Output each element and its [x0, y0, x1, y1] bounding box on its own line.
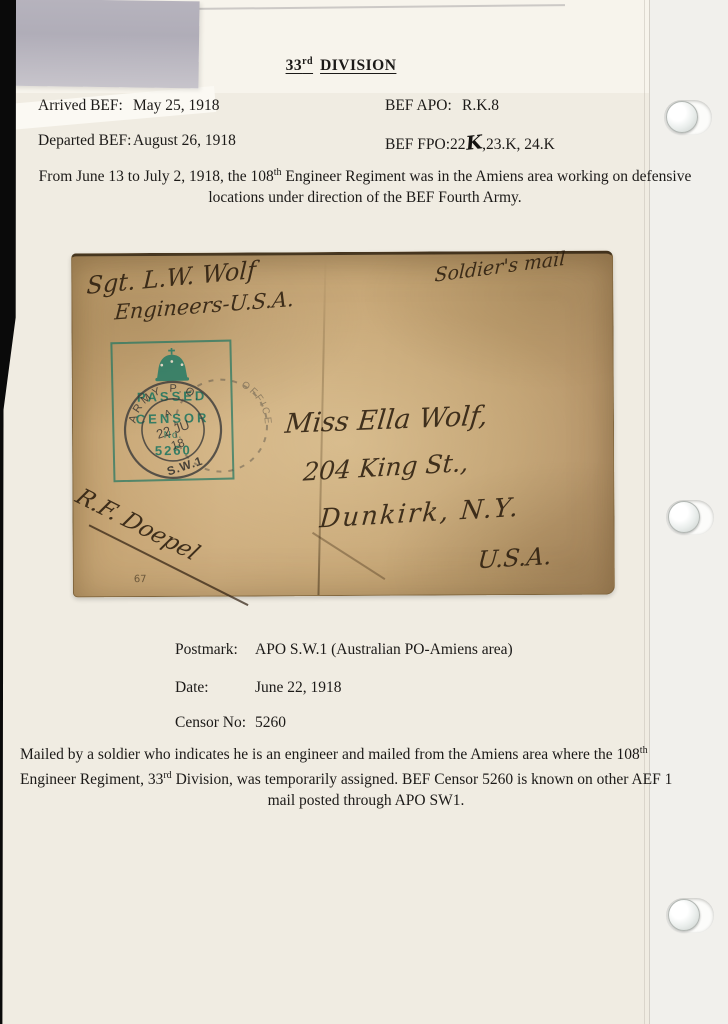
left-binder-shadow — [0, 0, 16, 1024]
punch-hole-ring — [668, 501, 700, 533]
punch-hole — [666, 500, 714, 535]
postmark-icon: ARMY P.O. A 22 JU 18 S.W.1 OFFICE — [93, 351, 284, 502]
soldiers-mail-handwriting: Soldier's mail — [434, 248, 566, 287]
punch-hole — [666, 898, 714, 933]
postmark-swl: S.W.1 — [165, 454, 205, 479]
summary-line2-text: Engineer Regiment, 33 — [20, 771, 163, 788]
apo-value: R.K.8 — [462, 97, 499, 115]
summary-line2: Engineer Regiment, 33rd Division, was te… — [20, 765, 712, 790]
fpo-label: BEF FPO: — [385, 136, 450, 153]
summary-paragraph: Mailed by a soldier who indicates he is … — [20, 740, 712, 811]
caption-date-label: Date: — [175, 679, 209, 697]
intro-line1-text: From June 13 to July 2, 1918, the 108 — [39, 168, 274, 185]
address-line-1: Miss Ella Wolf, — [284, 401, 490, 440]
fpo-value-suffix: ,23.K, 24.K — [482, 136, 555, 153]
album-page: 33rdDIVISION Arrived BEF: May 25, 1918 B… — [0, 0, 728, 1024]
ordinal-suffix: th — [274, 167, 282, 178]
caption-censor-value: 5260 — [255, 714, 286, 732]
svg-text:OFFICE: OFFICE — [239, 379, 273, 426]
apo-label: BEF APO: — [385, 97, 452, 115]
envelope-crease — [312, 532, 385, 580]
ordinal-suffix: rd — [163, 770, 171, 781]
postmark-year: 18 — [169, 435, 186, 453]
fpo-line: BEF FPO:22K,23.K, 24.K — [385, 132, 555, 154]
ordinal-suffix: rd — [302, 56, 313, 67]
arrived-value: May 25, 1918 — [133, 97, 220, 115]
punch-hole-ring — [666, 101, 698, 133]
departed-value: August 26, 1918 — [133, 132, 236, 150]
address-line-2: 204 King St., — [302, 448, 470, 487]
summary-line1-text: Mailed by a soldier who indicates he is … — [20, 746, 640, 763]
division-word: DIVISION — [320, 57, 396, 74]
fpo-handwritten-correction: K — [464, 131, 483, 155]
punch-hole — [664, 100, 712, 135]
caption-postmark-value: APO S.W.1 (Australian PO-Amiens area) — [255, 641, 513, 659]
address-line-4: U.S.A. — [477, 542, 553, 574]
caption-date-value: June 22, 1918 — [255, 679, 342, 697]
summary-line3: mail posted through APO SW1. — [20, 790, 712, 811]
intro-line1: From June 13 to July 2, 1918, the 108th … — [14, 162, 716, 187]
summary-line2-rest: Division, was temporarily assigned. BEF … — [172, 771, 673, 788]
address-line-3: Dunkirk, N.Y. — [318, 493, 521, 535]
envelope-cover: Sgt. L.W. Wolf Engineers-U.S.A. Soldier'… — [71, 251, 615, 598]
intro-line2: locations under direction of the BEF Fou… — [14, 187, 716, 208]
page-edge-line — [644, 0, 645, 1024]
postmark-letter: A — [163, 408, 173, 421]
punch-hole-ring — [668, 899, 700, 931]
departed-label: Departed BEF: — [38, 132, 131, 150]
intro-line1-rest: Engineer Regiment was in the Amiens area… — [282, 168, 692, 185]
caption-postmark-label: Postmark: — [175, 641, 238, 659]
caption-censor-label: Censor No: — [175, 714, 246, 732]
intro-paragraph: From June 13 to July 2, 1918, the 108th … — [14, 162, 716, 208]
division-number: 33 — [286, 57, 303, 74]
summary-line1: Mailed by a soldier who indicates he is … — [20, 740, 712, 765]
pencil-note: 67 — [134, 574, 147, 585]
second-strike-text: OFFICE — [239, 379, 273, 426]
fpo-value-prefix: 22 — [450, 136, 466, 153]
page-title: 33rdDIVISION — [0, 56, 682, 75]
arrived-label: Arrived BEF: — [38, 97, 123, 115]
ordinal-suffix: th — [640, 745, 648, 756]
